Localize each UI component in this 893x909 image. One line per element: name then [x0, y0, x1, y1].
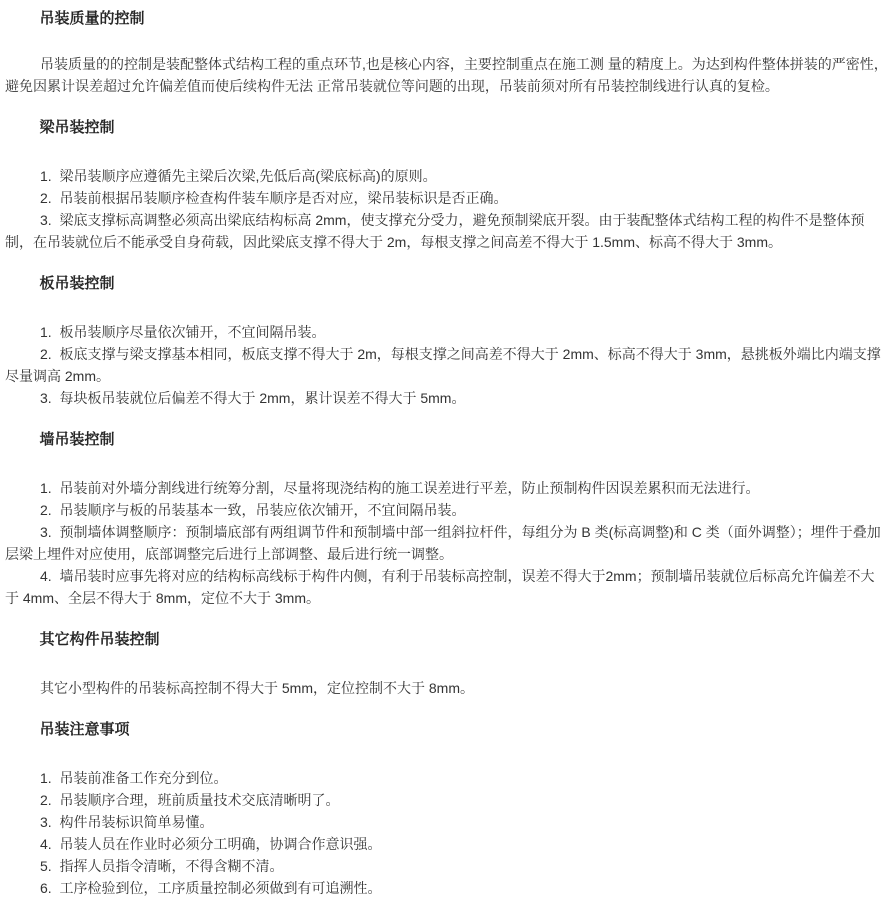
- list-item: 3. 梁底支撑标高调整必须高出梁底结构标高 2mm，使支撑充分受力，避免预制梁底…: [5, 209, 888, 253]
- intro-paragraph: 吊装质量的的控制是装配整体式结构工程的重点环节,也是核心内容，主要控制重点在施工…: [5, 53, 888, 97]
- list-item: 1. 梁吊装顺序应遵循先主梁后次梁,先低后高(梁底标高)的原则。: [5, 165, 888, 187]
- list-item: 5. 指挥人员指令清晰，不得含糊不清。: [5, 855, 888, 877]
- list-item: 1. 板吊装顺序尽量依次铺开，不宜间隔吊装。: [5, 321, 888, 343]
- list-item: 2. 吊装前根据吊装顺序检查构件装车顺序是否对应，梁吊装标识是否正确。: [5, 187, 888, 209]
- section-heading-beam-hoisting: 梁吊装控制: [5, 117, 888, 139]
- list-item: 3. 预制墙体调整顺序：预制墙底部有两组调节件和预制墙中部一组斜拉杆件，每组分为…: [5, 521, 888, 565]
- list-item: 4. 墙吊装时应事先将对应的结构标高线标于构件内侧，有利于吊装标高控制，误差不得…: [5, 565, 888, 609]
- list-item: 2. 板底支撑与梁支撑基本相同，板底支撑不得大于 2m，每根支撑之间高差不得大于…: [5, 343, 888, 387]
- section-heading-hoisting-notes: 吊装注意事项: [5, 719, 888, 741]
- section-heading-wall-hoisting: 墙吊装控制: [5, 429, 888, 451]
- list-item: 1. 吊装前对外墙分割线进行统筹分割，尽量将现浇结构的施工误差进行平差，防止预制…: [5, 477, 888, 499]
- page-title: 吊装质量的控制: [5, 8, 888, 30]
- list-item: 1. 吊装前准备工作充分到位。: [5, 767, 888, 789]
- list-item: 3. 构件吊装标识简单易懂。: [5, 811, 888, 833]
- list-item: 3. 每块板吊装就位后偏差不得大于 2mm，累计误差不得大于 5mm。: [5, 387, 888, 409]
- list-item: 2. 吊装顺序与板的吊装基本一致，吊装应依次铺开，不宜间隔吊装。: [5, 499, 888, 521]
- section-heading-other-components: 其它构件吊装控制: [5, 629, 888, 651]
- section-heading-slab-hoisting: 板吊装控制: [5, 273, 888, 295]
- list-item: 4. 吊装人员在作业时必须分工明确，协调合作意识强。: [5, 833, 888, 855]
- document-page: 吊装质量的控制 吊装质量的的控制是装配整体式结构工程的重点环节,也是核心内容，主…: [0, 0, 893, 909]
- list-item: 2. 吊装顺序合理，班前质量技术交底清晰明了。: [5, 789, 888, 811]
- body-paragraph: 其它小型构件的吊装标高控制不得大于 5mm，定位控制不大于 8mm。: [5, 677, 888, 699]
- list-item: 6. 工序检验到位，工序质量控制必须做到有可追溯性。: [5, 877, 888, 899]
